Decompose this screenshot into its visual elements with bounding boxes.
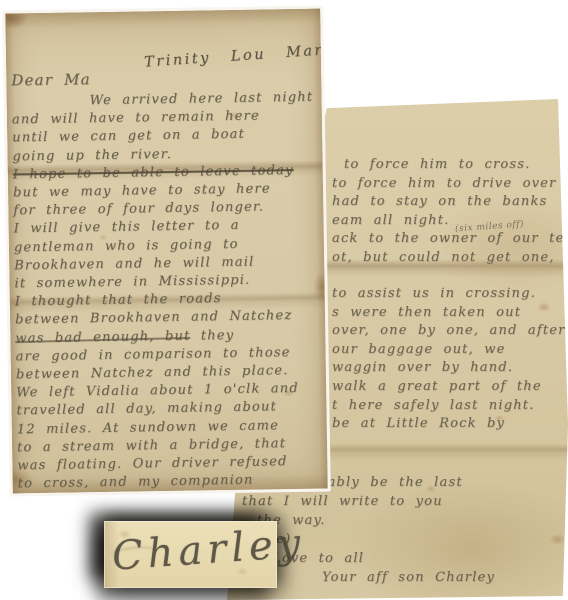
signature-line: Your aff son Charley (322, 568, 568, 587)
letter-line: eam all night. (332, 212, 568, 231)
letter-line: probably be the last (292, 473, 568, 492)
letter-line: We arrived here last night (89, 89, 313, 111)
letter-line: over, one by one, and after (332, 322, 568, 341)
letter-line: be at Little Rock by (332, 415, 568, 434)
letter-line: had to stay on the banks (332, 193, 568, 212)
letter-page-1: Trinity Lou Mar 2nd 63 Dear Ma We arrive… (2, 6, 331, 497)
letter-salutation: Dear Ma (11, 70, 91, 89)
letter-photo: (six miles off) to force him to cross. t… (0, 0, 568, 600)
letter-line: to cross, and my companion (18, 471, 320, 494)
page2-paragraph-middle: to assist us in crossing. s were then ta… (332, 285, 568, 434)
page1-text: We arrived here last night and will have… (12, 89, 320, 494)
page2-paragraph-top: to force him to cross. to force him to d… (332, 156, 568, 267)
letter-dateline: Trinity Lou Mar 2nd 63 (144, 36, 331, 71)
letter-line: to assist us in crossing. (332, 285, 568, 304)
letter-line: to force him to drive over (332, 175, 568, 194)
letter-line: waggin over by hand. (332, 359, 568, 378)
letter-line: ack to the owner of our team (332, 230, 568, 249)
letter-line: Love to all (272, 549, 568, 568)
page2-text: to force him to cross. to force him to d… (332, 156, 568, 587)
letter-line: s were then taken out (332, 304, 568, 323)
letter-line: to force him to cross. (344, 156, 568, 175)
letter-line: our baggage out, we (332, 341, 568, 360)
letter-line: that I will write to you (242, 492, 568, 511)
signature-inset: Charley (104, 521, 277, 588)
letter-line: walk a great part of the (332, 378, 568, 397)
letter-line: ot, but could not get one, (332, 249, 568, 268)
letter-line: t here safely last night. (332, 397, 568, 416)
